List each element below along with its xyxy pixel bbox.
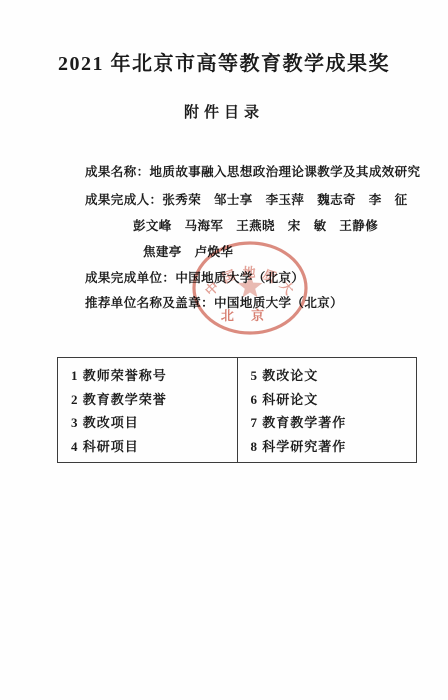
achievement-authors-label: 成果完成人：: [85, 193, 162, 207]
table-item-1: 1 教师荣誉称号: [71, 365, 237, 384]
table-item-2: 2 教育教学荣誉: [71, 389, 237, 408]
achievement-name-label: 成果名称：: [85, 165, 150, 179]
document-page: 2021 年北京市高等教育教学成果奖 附件目录 成果名称：地质故事融入思想政治理…: [0, 0, 448, 700]
completing-unit-value: 中国地质大学（北京）: [175, 271, 304, 285]
achievement-authors-row2: 彭文峰 马海军 王燕晓 宋 敏 王静修: [133, 216, 378, 234]
table-item-7: 7 教育教学著作: [251, 412, 417, 431]
recommending-unit-value: 中国地质大学（北京）: [214, 296, 343, 310]
achievement-authors-row3: 焦建亭 卢焕华: [143, 242, 233, 260]
field-completing-unit: 成果完成单位：中国地质大学（北京）: [85, 268, 304, 286]
attachment-table-left-column: 1 教师荣誉称号 2 教育教学荣誉 3 教改项目 4 科研项目: [58, 358, 238, 462]
field-recommending-unit: 推荐单位名称及盖章：中国地质大学（北京）: [85, 293, 343, 311]
attachment-table: 1 教师荣誉称号 2 教育教学荣誉 3 教改项目 4 科研项目 5 教改论文 6…: [57, 357, 417, 463]
recommending-unit-label: 推荐单位名称及盖章：: [85, 296, 214, 310]
page-title: 2021 年北京市高等教育教学成果奖: [0, 47, 448, 76]
field-achievement-authors: 成果完成人：张秀荣 邹士享 李玉萍 魏志奇 李 征: [85, 190, 408, 208]
field-achievement-name: 成果名称：地质故事融入思想政治理论课教学及其成效研究: [85, 162, 420, 180]
attachment-table-right-column: 5 教改论文 6 科研论文 7 教育教学著作 8 科学研究著作: [238, 358, 417, 462]
table-item-3: 3 教改项目: [71, 412, 237, 431]
table-item-8: 8 科学研究著作: [251, 436, 417, 455]
achievement-name-value: 地质故事融入思想政治理论课教学及其成效研究: [150, 165, 421, 179]
achievement-authors-row1: 张秀荣 邹士享 李玉萍 魏志奇 李 征: [162, 193, 407, 207]
table-item-4: 4 科研项目: [71, 436, 237, 455]
table-item-6: 6 科研论文: [251, 389, 417, 408]
table-item-5: 5 教改论文: [251, 365, 417, 384]
completing-unit-label: 成果完成单位：: [85, 271, 175, 285]
page-subtitle: 附件目录: [0, 101, 448, 122]
